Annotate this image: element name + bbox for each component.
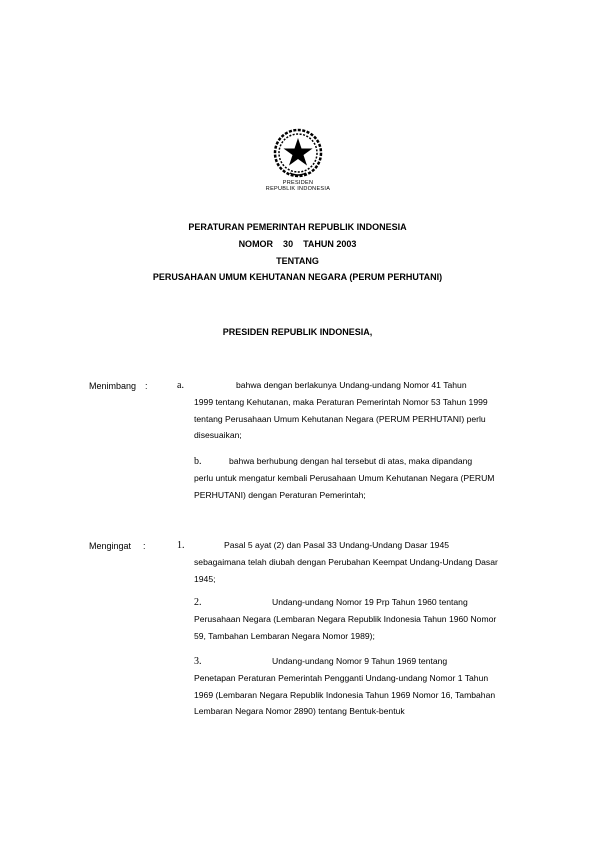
menimbang-item-b: bahwa berhubung dengan hal tersebut di a… [194,453,499,503]
item-first-line: Pasal 5 ayat (2) dan Pasal 33 Undang-Und… [194,537,449,554]
item-rest: sebagaimana telah diubah dengan Perubaha… [194,557,498,584]
menimbang-label: Menimbang [89,381,136,391]
item-first-line: bahwa dengan berlakunya Undang-undang No… [194,377,467,394]
item-rest: perlu untuk mengatur kembali Perusahaan … [194,473,494,500]
menimbang-item-a: bahwa dengan berlakunya Undang-undang No… [194,377,499,444]
caption-republik: REPUBLIK INDONESIA [250,186,346,192]
mengingat-item-1: Pasal 5 ayat (2) dan Pasal 33 Undang-Und… [194,537,499,587]
star-wreath-emblem-icon [272,127,324,179]
item-first-line: Undang-undang Nomor 19 Prp Tahun 1960 te… [194,594,468,611]
mengingat-colon: : [143,541,146,551]
item-first-line: Undang-undang Nomor 9 Tahun 1969 tentang [194,653,447,670]
regulation-number: NOMOR 30 TAHUN 2003 [0,239,595,249]
regulation-title: PERATURAN PEMERINTAH REPUBLIK INDONESIA [0,222,595,232]
item-marker: a. [177,380,184,391]
regulation-subject: PERUSAHAAN UMUM KEHUTANAN NEGARA (PERUM … [0,272,595,282]
president-heading: PRESIDEN REPUBLIK INDONESIA, [0,327,595,337]
item-marker: 1. [177,540,185,551]
item-rest: 1999 tentang Kehutanan, maka Peraturan P… [194,397,488,441]
item-rest: Penetapan Peraturan Pemerintah Pengganti… [194,673,495,717]
item-rest: Perusahaan Negara (Lembaran Negara Repub… [194,614,496,641]
mengingat-item-2: Undang-undang Nomor 19 Prp Tahun 1960 te… [194,594,499,644]
mengingat-label: Mengingat [89,541,131,551]
item-first-line: bahwa berhubung dengan hal tersebut di a… [194,453,472,470]
emblem-caption: PRESIDEN REPUBLIK INDONESIA [250,180,346,192]
regulation-tentang: TENTANG [0,256,595,266]
mengingat-item-3: Undang-undang Nomor 9 Tahun 1969 tentang… [194,653,499,720]
menimbang-colon: : [145,381,148,391]
